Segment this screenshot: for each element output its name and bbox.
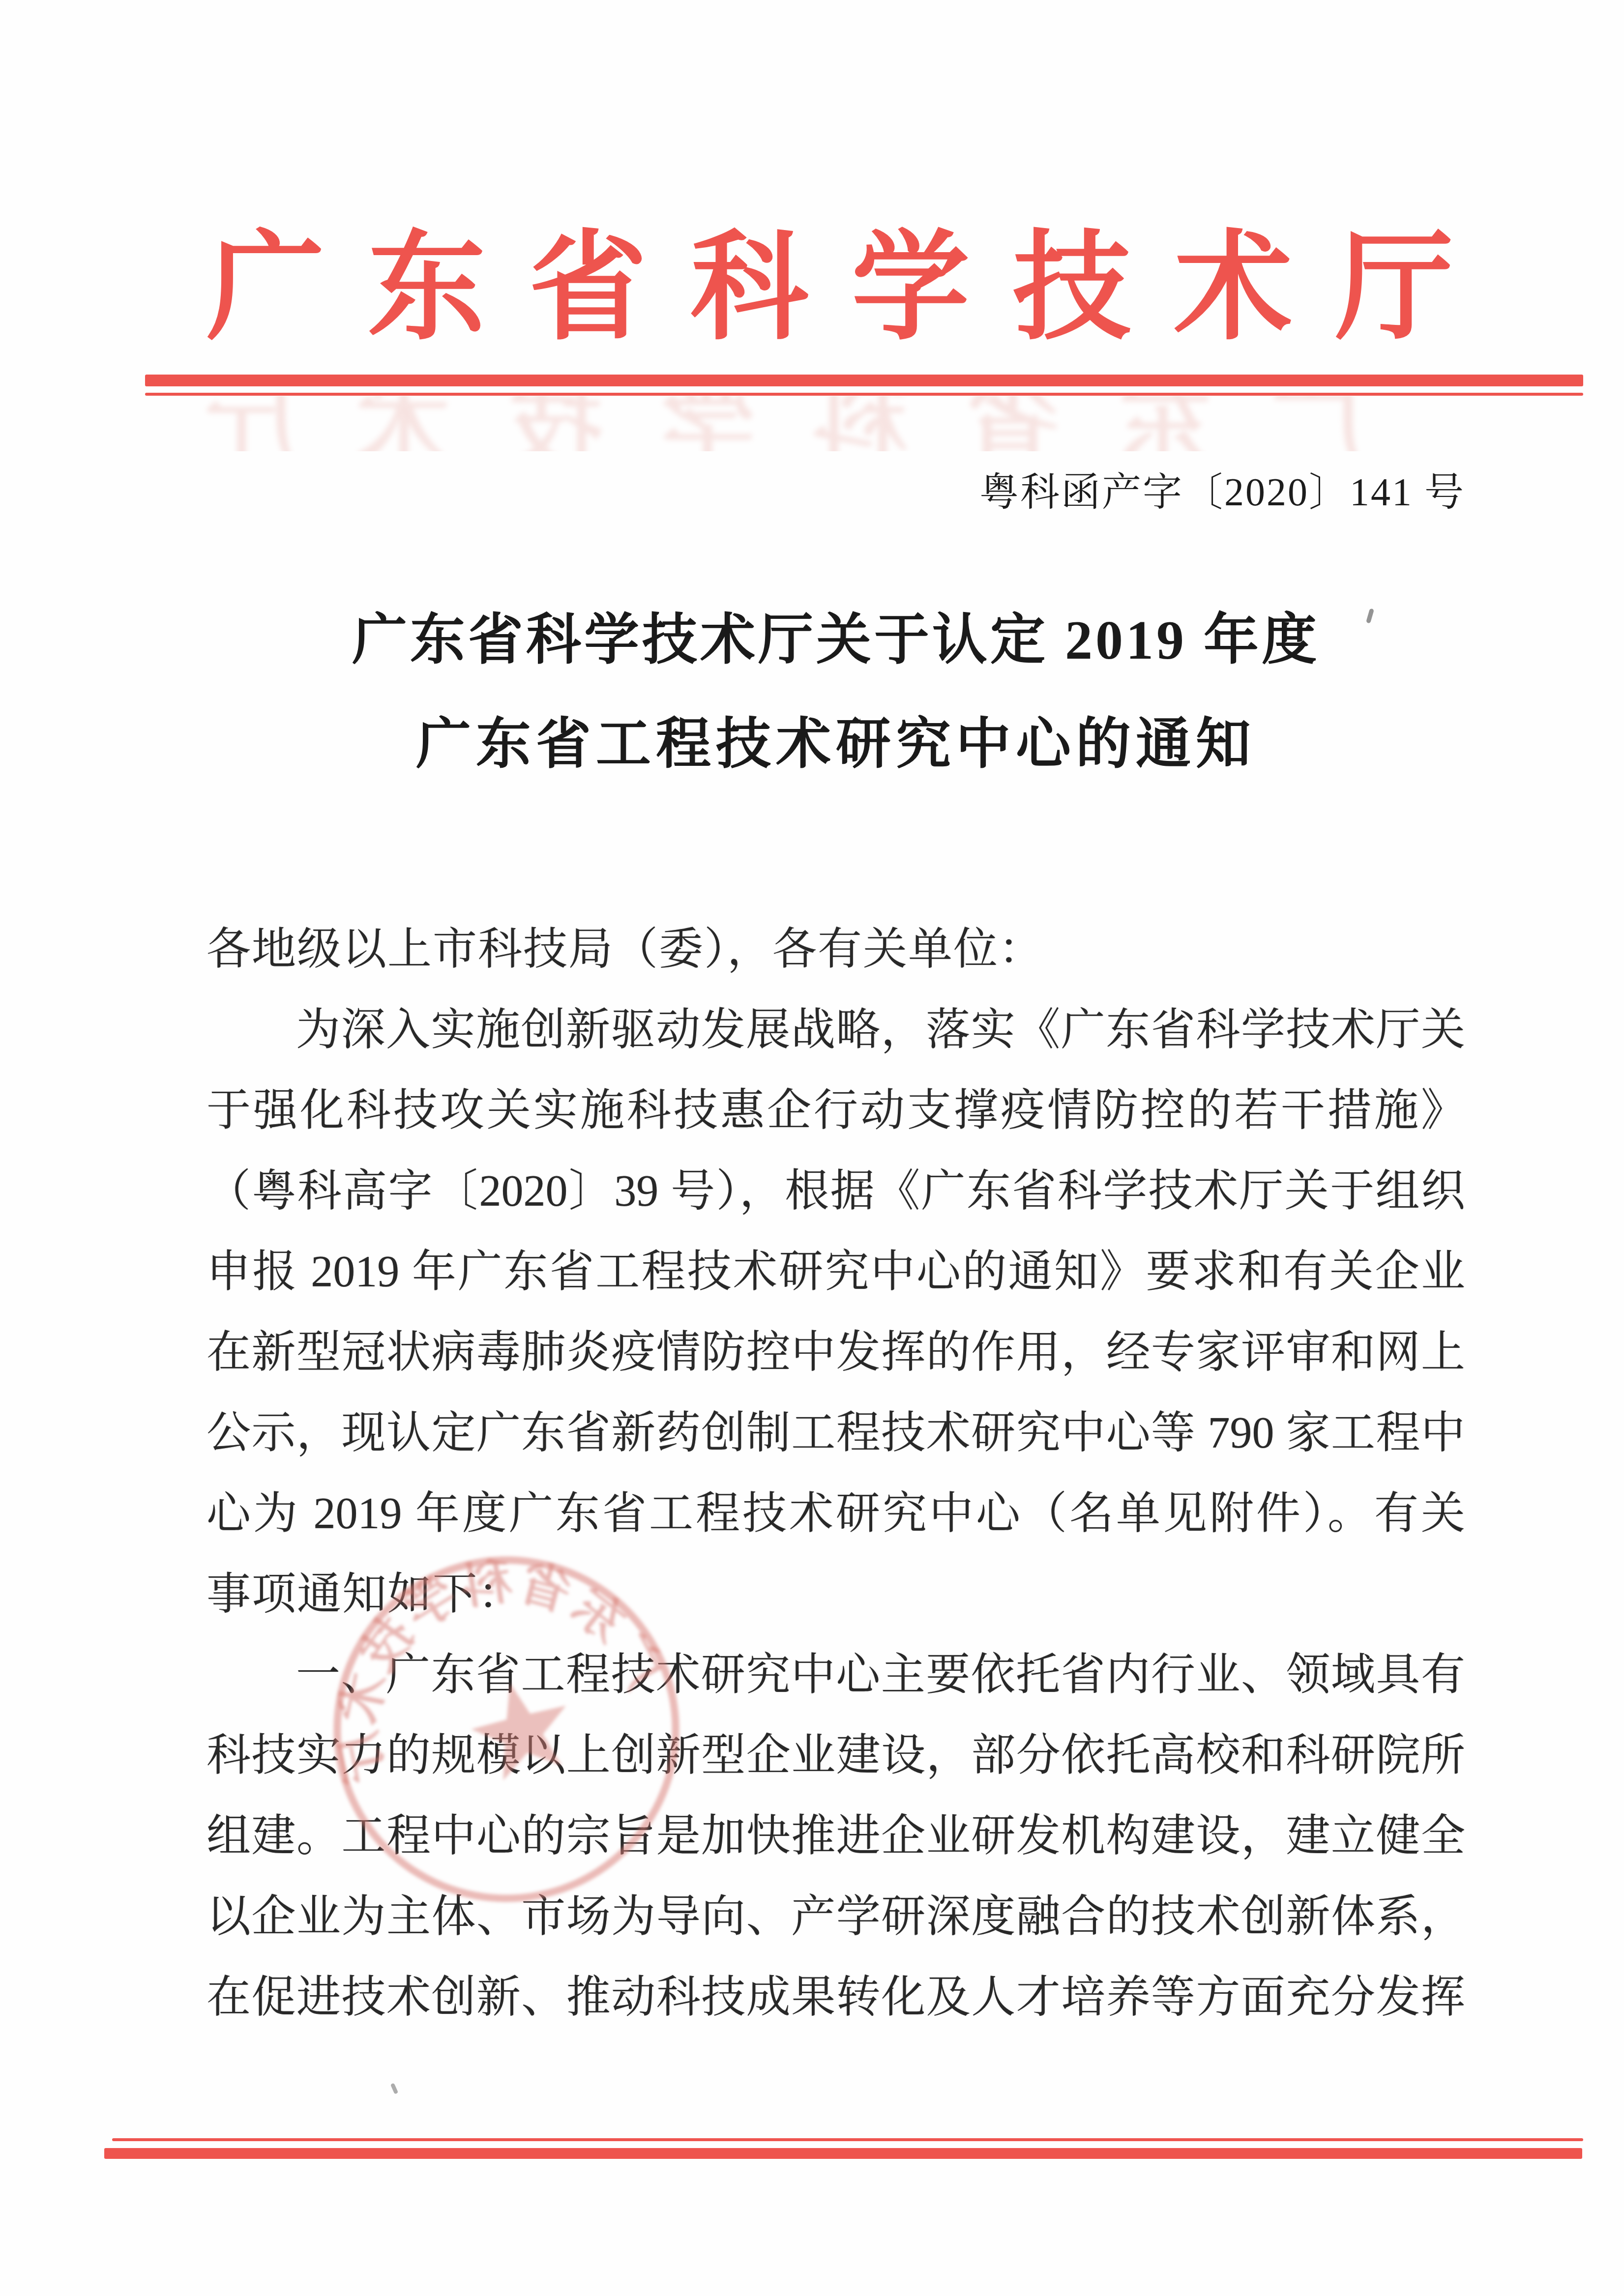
letterhead-agency-name: 广东省科学技术厅 — [207, 227, 1465, 353]
body-line: 以企业为主体、市场为导向、产学研深度融合的技术创新体系， — [207, 1877, 1465, 1957]
body-line: 在新型冠状病毒肺炎疫情防控中发挥的作用，经专家评审和网上 — [207, 1312, 1465, 1393]
scanned-notice-page: 广东省科学技术厅 广东省科学技术厅 粤科函产字〔2020〕141 号 广东省科学… — [0, 0, 1624, 2296]
body-line: 公示，现认定广东省新药创制工程技术研究中心等 790 家工程中 — [207, 1393, 1465, 1474]
body-line: 组建。工程中心的宗旨是加快推进企业研发机构建设，建立健全 — [207, 1796, 1465, 1877]
body-line: 心为 2019 年度广东省工程技术研究中心（名单见附件）。有关 — [207, 1474, 1465, 1554]
body-line: 于强化科技攻关实施科技惠企行动支撑疫情防控的若干措施》 — [207, 1071, 1465, 1151]
body-line: （粤科高字〔2020〕39 号），根据《广东省科学技术厅关于组织 — [207, 1151, 1465, 1232]
body-text: 各地级以上市科技局（委），各有关单位： 为深入实施创新驱动发展战略，落实《广东省… — [207, 909, 1465, 2038]
doc-number: 粤科函产字〔2020〕141 号 — [979, 465, 1465, 520]
body-line: 科技实力的规模以上创新型企业建设，部分依托高校和科研院所 — [207, 1715, 1465, 1796]
footer-rule-thin — [112, 2138, 1583, 2141]
bleedthrough-ghost: 广东省科学技术厅 — [145, 396, 1583, 451]
letterhead-rule-thin — [145, 393, 1583, 396]
notice-title-line1: 广东省科学技术厅关于认定 2019 年度 — [207, 609, 1465, 672]
body-line: 为深入实施创新驱动发展战略，落实《广东省科学技术厅关 — [207, 990, 1465, 1071]
bleedthrough-ghost-text: 广东省科学技术厅 — [145, 396, 1364, 451]
body-line-salutation: 各地级以上市科技局（委），各有关单位： — [207, 909, 1465, 990]
footer-rule-thick — [104, 2148, 1582, 2159]
notice-title-line2: 广东省工程技术研究中心的通知 — [207, 713, 1465, 777]
body-line: 申报 2019 年广东省工程技术研究中心的通知》要求和有关企业 — [207, 1232, 1465, 1312]
scan-speck — [390, 2083, 398, 2094]
body-line: 事项通知如下： — [207, 1554, 1465, 1635]
body-line: 一、广东省工程技术研究中心主要依托省内行业、领域具有 — [207, 1635, 1465, 1715]
letterhead-rule-thick — [145, 375, 1583, 386]
body-line: 在促进技术创新、推动科技成果转化及人才培养等方面充分发挥 — [207, 1957, 1465, 2038]
